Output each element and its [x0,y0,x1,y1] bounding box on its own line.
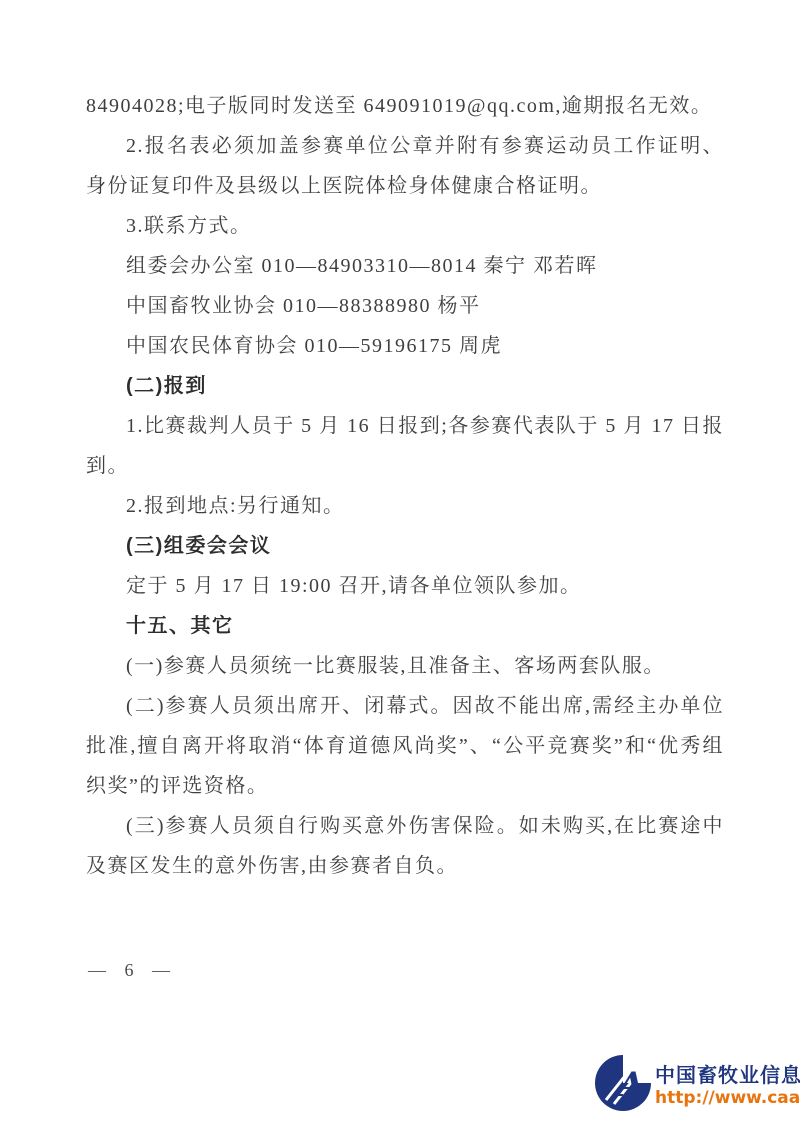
watermark-text: 中国畜牧业信息网 http://www.caaa.cn [655,1059,800,1108]
site-url-link[interactable]: http://www.caaa.cn [655,1088,800,1108]
logo-letter: A [615,1065,644,1105]
contact-line: 中国畜牧业协会 010—88388980 杨平 [86,286,724,326]
document-page: 84904028;电子版同时发送至 649091019@qq.com,逾期报名无… [0,0,800,1131]
paragraph: (二)参赛人员须出席开、闭幕式。因故不能出席,需经主办单位批准,擅自离开将取消“… [86,686,724,806]
paragraph: 2.报名表必须加盖参赛单位公章并附有参赛运动员工作证明、身份证复印件及县级以上医… [86,126,724,206]
paragraph: 3.联系方式。 [86,206,724,246]
paragraph: 定于 5 月 17 日 19:00 召开,请各单位领队参加。 [86,566,724,606]
site-watermark: A 中国畜牧业信息网 http://www.caaa.cn [594,1054,800,1112]
paragraph: (一)参赛人员须统一比赛服装,且准备主、客场两套队服。 [86,646,724,686]
document-body: 84904028;电子版同时发送至 649091019@qq.com,逾期报名无… [86,86,724,886]
section-heading: (二)报到 [86,366,724,406]
paragraph: (三)参赛人员须自行购买意外伤害保险。如未购买,在比赛途中及赛区发生的意外伤害,… [86,806,724,886]
paragraph: 1.比赛裁判人员于 5 月 16 日报到;各参赛代表队于 5 月 17 日报到。 [86,406,724,486]
page-number: — 6 — [88,960,177,981]
caaa-logo-icon: A [594,1054,652,1112]
paragraph: 84904028;电子版同时发送至 649091019@qq.com,逾期报名无… [86,86,724,126]
contact-line: 中国农民体育协会 010—59196175 周虎 [86,326,724,366]
contact-line: 组委会办公室 010—84903310—8014 秦宁 邓若晖 [86,246,724,286]
section-heading: 十五、其它 [86,606,724,646]
section-heading: (三)组委会会议 [86,526,724,566]
paragraph: 2.报到地点:另行通知。 [86,486,724,526]
site-name: 中国畜牧业信息网 [655,1059,800,1088]
